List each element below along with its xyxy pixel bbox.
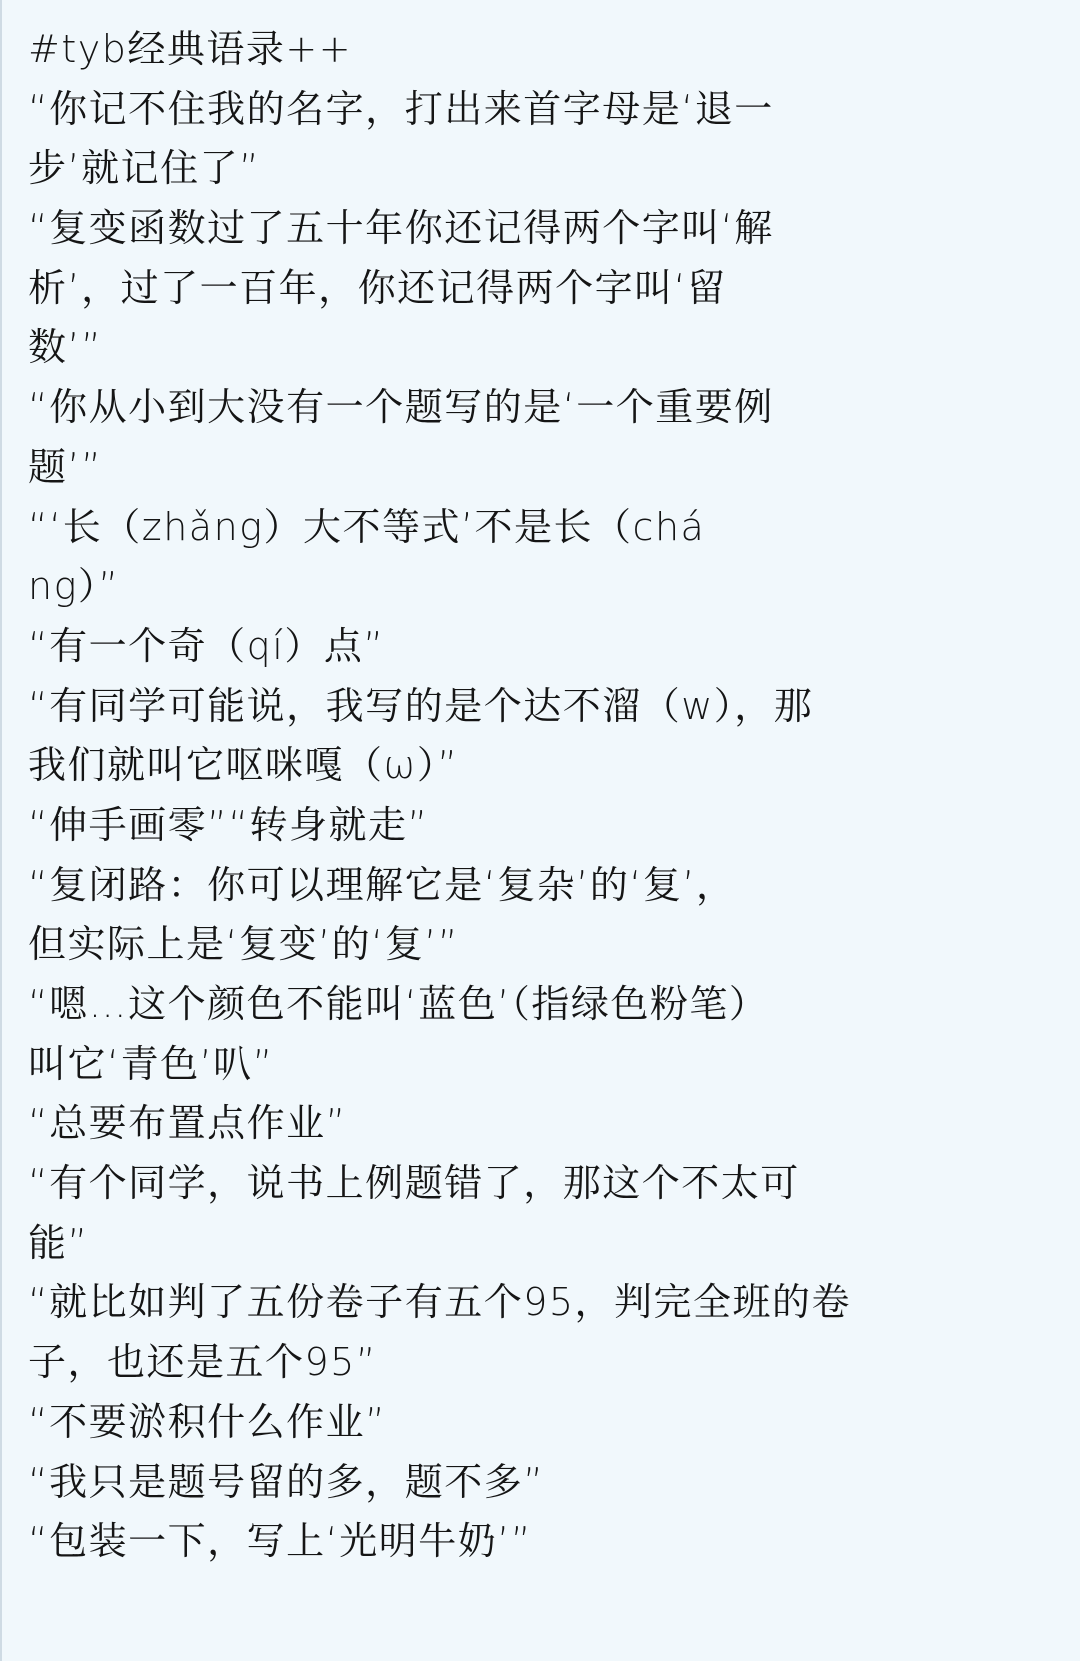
quote-line: “你记不住我的名字，打出来首字母是‘退一: [28, 80, 1048, 140]
quote-line: ng）”: [28, 557, 1048, 617]
quote-line: 子，也还是五个95”: [28, 1333, 1048, 1393]
quote-line: “伸手画零”“转身就走”: [28, 796, 1048, 856]
quote-line: “嗯…这个颜色不能叫‘蓝色’（指绿色粉笔）: [28, 975, 1048, 1035]
quote-line: “包装一下，写上‘光明牛奶’”: [28, 1512, 1048, 1572]
quote-line: 析’，过了一百年，你还记得两个字叫‘留: [28, 259, 1048, 319]
quote-line: “复变函数过了五十年你还记得两个字叫‘解: [28, 199, 1048, 259]
quote-line: “我只是题号留的多，题不多”: [28, 1453, 1048, 1513]
quote-line: 但实际上是‘复变’的‘复’”: [28, 915, 1048, 975]
note-title: #tyb经典语录++: [28, 20, 1048, 80]
note-text-block: #tyb经典语录++ “你记不住我的名字，打出来首字母是‘退一 步’就记住了” …: [28, 20, 1048, 1572]
quote-line: “总要布置点作业”: [28, 1094, 1048, 1154]
quote-line: 步’就记住了”: [28, 139, 1048, 199]
quote-line: “有一个奇（qí）点”: [28, 617, 1048, 677]
quote-line: 题’”: [28, 438, 1048, 498]
quote-line: “有同学可能说，我写的是个达不溜（w），那: [28, 677, 1048, 737]
quote-line: “复闭路：你可以理解它是‘复杂’的‘复’，: [28, 856, 1048, 916]
quote-line: 叫它‘青色’叭”: [28, 1035, 1048, 1095]
quote-line: 我们就叫它呕咪嘎（ω）”: [28, 736, 1048, 796]
quote-line: “你从小到大没有一个题写的是‘一个重要例: [28, 378, 1048, 438]
quote-line: “有个同学，说书上例题错了，那这个不太可: [28, 1154, 1048, 1214]
quote-line: “就比如判了五份卷子有五个95，判完全班的卷: [28, 1273, 1048, 1333]
quote-line: 能”: [28, 1214, 1048, 1274]
quote-line: “‘长（zhǎng）大不等式’不是长（chá: [28, 498, 1048, 558]
quote-line: 数’”: [28, 318, 1048, 378]
quote-line: “不要淤积什么作业”: [28, 1393, 1048, 1453]
